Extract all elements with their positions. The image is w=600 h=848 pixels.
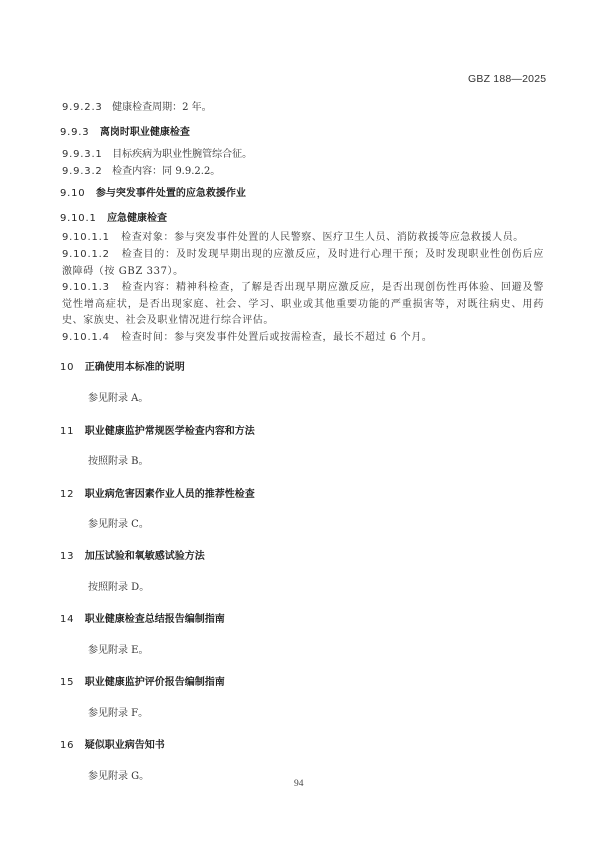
chapter-number: 15 xyxy=(60,677,74,688)
chapter-body-13: 按照附录 D。 xyxy=(88,578,149,593)
heading-number: 9.10 xyxy=(60,188,85,199)
heading-text: 离岗时职业健康检查 xyxy=(100,127,190,138)
clause-9-9-3-1: 9.9.3.1 目标疾病为职业性腕管综合征。 xyxy=(62,145,252,160)
chapter-heading-10: 10 正确使用本标准的说明 xyxy=(60,358,185,373)
chapter-title: 正确使用本标准的说明 xyxy=(85,362,185,373)
clause-number: 9.9.2.3 xyxy=(62,102,103,113)
chapter-body-12: 参见附录 C。 xyxy=(88,515,149,530)
clause-number: 9.10.1.2 xyxy=(62,247,110,264)
heading-number: 9.9.3 xyxy=(60,127,89,138)
clause-text: 目标疾病为职业性腕管综合征。 xyxy=(112,149,252,160)
clause-9-10-1-3: 9.10.1.3 检查内容：精神科检查，了解是否出现早期应激反应，是否出现创伤性… xyxy=(62,280,544,330)
heading-text: 参与突发事件处置的应急救援作业 xyxy=(96,188,246,199)
clause-9-10-1-2: 9.10.1.2 检查目的：及时发现早期出现的应激反应，及时进行心理干预；及时发… xyxy=(62,247,544,280)
chapter-body-11: 按照附录 B。 xyxy=(88,452,149,467)
chapter-title: 加压试验和氧敏感试验方法 xyxy=(85,551,205,562)
clause-9-9-3-2: 9.9.3.2 检查内容：同 9.9.2.2。 xyxy=(62,162,220,177)
chapter-body-10: 参见附录 A。 xyxy=(88,389,148,404)
clause-9-9-2-3: 9.9.2.3 健康检查周期：2 年。 xyxy=(62,98,212,113)
chapter-title: 职业健康监护评价报告编制指南 xyxy=(85,677,225,688)
clause-number: 9.9.3.1 xyxy=(62,149,103,160)
chapter-number: 11 xyxy=(60,426,74,437)
chapter-title: 职业病危害因素作业人员的推荐性检查 xyxy=(85,489,255,500)
clause-text: 健康检查周期：2 年。 xyxy=(112,102,212,113)
clause-number: 9.10.1.3 xyxy=(62,280,110,297)
chapter-number: 13 xyxy=(60,551,74,562)
clause-text: 检查对象：参与突发事件处置的人民警察、医疗卫生人员、消防救援等应急救援人员。 xyxy=(121,232,524,243)
chapter-title: 职业健康监护常规医学检查内容和方法 xyxy=(85,426,255,437)
clause-text: 检查内容：同 9.9.2.2。 xyxy=(112,166,220,177)
clause-text: 检查时间：参与突发事件处置后或按需检查，最长不超过 6 个月。 xyxy=(121,332,432,343)
heading-9-9-3: 9.9.3 离岗时职业健康检查 xyxy=(60,123,190,138)
chapter-number: 10 xyxy=(60,362,74,373)
chapter-title: 职业健康检查总结报告编制指南 xyxy=(85,614,225,625)
heading-text: 应急健康检查 xyxy=(107,213,167,224)
chapter-number: 16 xyxy=(60,740,74,751)
chapter-body-16: 参见附录 G。 xyxy=(88,767,149,782)
standard-code-header: GBZ 188—2025 xyxy=(468,73,546,85)
clause-text: 检查目的：及时发现早期出现的应激反应，及时进行心理干预；及时发现职业性创伤后应激… xyxy=(62,249,544,277)
heading-number: 9.10.1 xyxy=(60,213,97,224)
chapter-body-15: 参见附录 F。 xyxy=(88,704,148,719)
chapter-heading-11: 11 职业健康监护常规医学检查内容和方法 xyxy=(60,422,255,437)
chapter-body-14: 参见附录 E。 xyxy=(88,641,148,656)
chapter-title: 疑似职业病告知书 xyxy=(85,740,165,751)
clause-number: 9.9.3.2 xyxy=(62,166,103,177)
chapter-heading-14: 14 职业健康检查总结报告编制指南 xyxy=(60,610,225,625)
page-number: 94 xyxy=(294,779,304,789)
chapter-number: 14 xyxy=(60,614,74,625)
clause-text: 检查内容：精神科检查，了解是否出现早期应激反应，是否出现创伤性再体验、回避及警觉… xyxy=(62,282,544,326)
clause-number: 9.10.1.1 xyxy=(62,230,110,247)
chapter-heading-13: 13 加压试验和氧敏感试验方法 xyxy=(60,547,205,562)
heading-9-10: 9.10 参与突发事件处置的应急救援作业 xyxy=(60,184,246,199)
heading-9-10-1: 9.10.1 应急健康检查 xyxy=(60,209,167,224)
clause-9-10-1-4: 9.10.1.4 检查时间：参与突发事件处置后或按需检查，最长不超过 6 个月。 xyxy=(62,330,544,347)
clause-number: 9.10.1.4 xyxy=(62,330,110,347)
clause-9-10-1-1: 9.10.1.1 检查对象：参与突发事件处置的人民警察、医疗卫生人员、消防救援等… xyxy=(62,230,544,247)
chapter-heading-16: 16 疑似职业病告知书 xyxy=(60,736,165,751)
chapter-number: 12 xyxy=(60,489,74,500)
chapter-heading-15: 15 职业健康监护评价报告编制指南 xyxy=(60,673,225,688)
chapter-heading-12: 12 职业病危害因素作业人员的推荐性检查 xyxy=(60,485,255,500)
